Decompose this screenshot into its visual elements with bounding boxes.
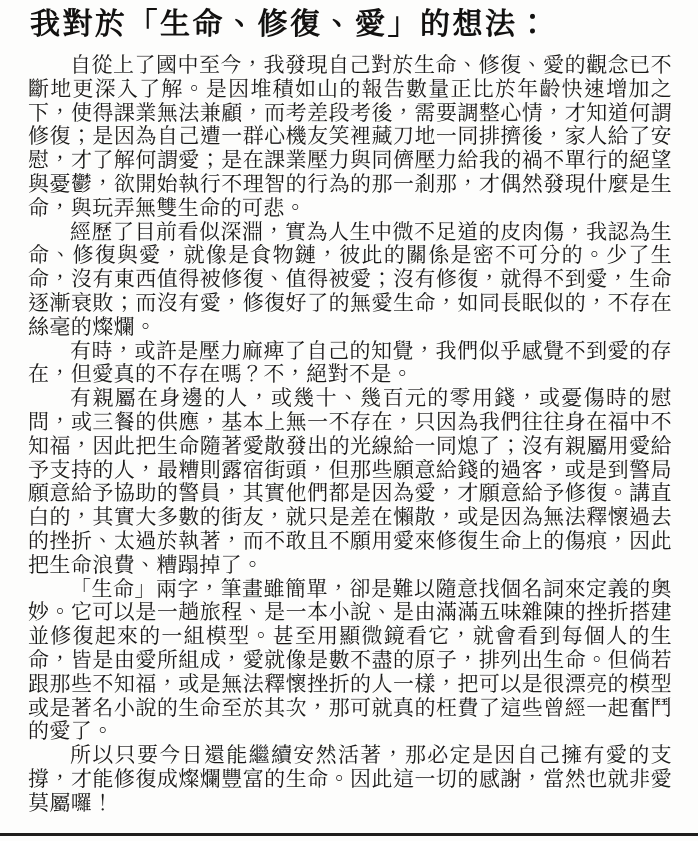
paragraph-intro: 自從上了國中至今，我發現自己對於生命、修復、愛的觀念已不斷地更深入了解。是因堆積… bbox=[28, 54, 672, 221]
paragraph-food-chain: 經歷了目前看似深淵，實為人生中微不足道的皮肉傷，我認為生命、修復與愛，就像是食物… bbox=[28, 221, 672, 340]
document-body: 自從上了國中至今，我發現自己對於生命、修復、愛的觀念已不斷地更深入了解。是因堆積… bbox=[28, 54, 672, 816]
bottom-divider-line bbox=[0, 833, 698, 836]
paragraph-conclusion: 所以只要今日還能繼續安然活著，那必定是因自己擁有愛的支撐，才能修復成燦爛豐富的生… bbox=[28, 744, 672, 815]
document-page: 我對於「生命、修復、愛」的想法： 自從上了國中至今，我發現自己對於生命、修復、愛… bbox=[0, 0, 698, 841]
document-title: 我對於「生命、修復、愛」的想法： bbox=[30, 5, 672, 45]
paragraph-love-exists: 有時，或許是壓力麻痺了自己的知覺，我們似乎感覺不到愛的存在，但愛真的不存在嗎？不… bbox=[28, 340, 672, 388]
paragraph-defining-life: 「生命」兩字，筆畫雖簡單，卻是難以隨意找個名詞來定義的奧妙。它可以是一趟旅程、是… bbox=[28, 578, 672, 745]
paragraph-blessings: 有親屬在身邊的人，或幾十、幾百元的零用錢，或憂傷時的慰問，或三餐的供應，基本上無… bbox=[28, 387, 672, 577]
